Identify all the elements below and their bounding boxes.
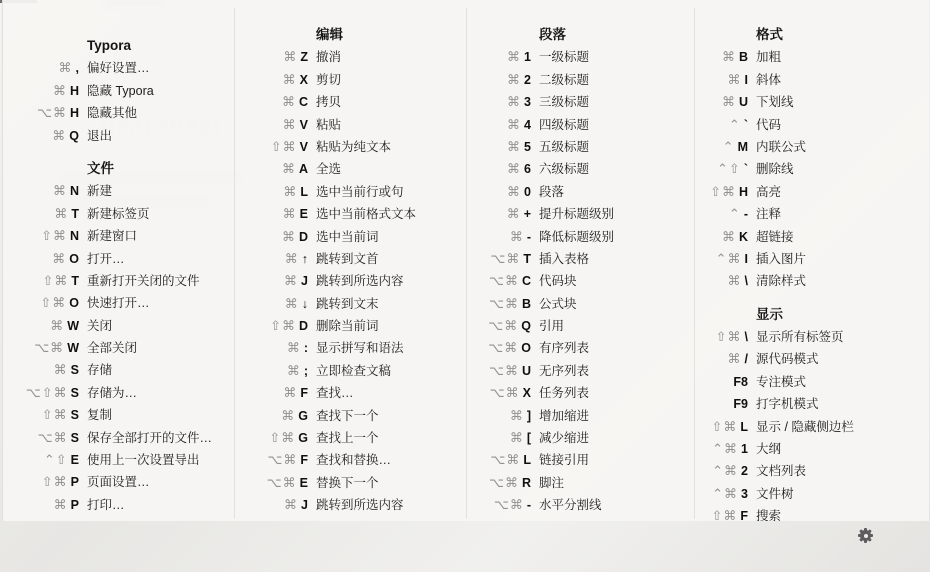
shortcut-label: 一级标题 [539,46,589,68]
shortcut-label: 选中当前格式文本 [316,203,416,225]
shortcut-row: ⌘O打开… [3,248,234,270]
shortcut-label: 六级标题 [539,158,589,180]
shortcut-keys: ⇧⌘H [694,181,748,203]
shortcut-key: X [523,386,531,400]
shortcut-key: E [71,453,79,467]
shortcut-label: 立即检查文稿 [316,360,391,382]
shortcut-key: - [527,230,531,244]
shortcut-row: ⌥⌘X任务列表 [466,382,694,404]
shortcut-row: ⌥⌘T插入表格 [466,248,694,270]
shortcut-section: 段落⌘1一级标题⌘2二级标题⌘3三级标题⌘4四级标题⌘5五级标题⌘6六级标题⌘0… [466,24,694,517]
shortcut-key: ↓ [302,297,308,311]
shortcut-key: T [71,207,79,221]
shortcut-row: ⌘-降低标题级别 [466,226,694,248]
modifier-keys-icon: ⌃⌘ [712,463,738,478]
shortcut-label: 显示拼写和语法 [316,337,404,359]
shortcut-row: ⇧⌘T重新打开关闭的文件 [3,270,234,292]
shortcut-key: I [745,73,748,87]
shortcut-keys: ⇧⌘\ [694,326,748,348]
shortcut-row: ⌘E选中当前格式文本 [234,203,466,225]
shortcut-keys: ⌥⌘X [466,382,531,404]
modifier-keys-icon: ⌘ [283,385,297,400]
modifier-keys-icon: ⌘ [54,206,68,221]
shortcut-label: 显示所有标签页 [756,326,844,348]
modifier-keys-icon: ⌥⌘ [38,430,68,445]
shortcut-keys: ⌘E [234,203,308,225]
shortcut-key: F [300,453,308,467]
shortcut-row: ⌘4四级标题 [466,114,694,136]
modifier-keys-icon: ⇧⌘ [42,273,68,288]
modifier-keys-icon: ⌘ [722,229,736,244]
shortcut-row: ⌥⇧⌘S存储为… [3,382,234,404]
modifier-keys-icon: ⌘ [728,72,742,87]
shortcut-keys: ⌘, [3,57,79,79]
shortcut-label: 查找… [316,382,354,404]
shortcut-row: ⌥⌘-水平分割线 [466,494,694,516]
shortcut-row: ⇧⌘P页面设置… [3,471,234,493]
shortcut-keys: ⌘D [234,226,308,248]
shortcut-label: 加粗 [756,46,781,68]
shortcut-key: A [299,162,308,176]
shortcut-label: 无序列表 [539,360,589,382]
shortcut-row: ⌘U下划线 [694,91,929,113]
shortcut-label: 重新打开关闭的文件 [87,270,200,292]
shortcut-label: 水平分割线 [539,494,602,516]
modifier-keys-icon: ⌘ [722,94,736,109]
shortcut-key: T [523,252,531,266]
shortcut-keys: ⌥⌘H [3,102,79,124]
shortcut-label: 删除当前词 [316,315,379,337]
shortcut-key: D [299,319,308,333]
shortcut-keys: ⌃⌘2 [694,460,748,482]
shortcut-row: ⌥⌘E替换下一个 [234,472,466,494]
shortcut-label: 二级标题 [539,69,589,91]
shortcut-label: 内联公式 [756,136,806,158]
modifier-keys-icon: ⌘ [285,251,299,266]
section-title: Typora [87,35,234,57]
shortcut-row: ⌘H隐藏 Typora [3,80,234,102]
modifier-keys-icon: ⌥⌘ [490,251,520,266]
shortcut-label: 专注模式 [756,371,806,393]
modifier-keys-icon: ⌘ [283,72,297,87]
shortcut-key: O [521,341,531,355]
shortcut-label: 脚注 [539,472,564,494]
shortcut-label: 拷贝 [316,91,341,113]
shortcut-label: 三级标题 [539,91,589,113]
shortcut-key: 2 [524,73,531,87]
shortcut-label: 粘贴为纯文本 [316,136,391,158]
shortcut-cheatsheet-panel: Typora⌘,偏好设置…⌘H隐藏 Typora⌥⌘H隐藏其他⌘Q退出文件⌘N新… [2,0,929,521]
shortcut-label: 插入表格 [539,248,589,270]
shortcut-row: ⌥⌘O有序列表 [466,337,694,359]
shortcut-keys: ⌥⌘T [466,248,531,270]
shortcut-key: I [745,252,748,266]
shortcut-label: 有序列表 [539,337,589,359]
shortcut-keys: ⌘6 [466,158,531,180]
shortcut-keys: ⌘3 [466,91,531,113]
shortcut-column-2: 编辑⌘Z撤消⌘X剪切⌘C拷贝⌘V粘贴⇧⌘V粘贴为纯文本⌘A全选⌘L选中当前行或句… [234,0,466,521]
shortcut-label: 打字机模式 [756,393,819,415]
shortcut-row: ⌃⇧E使用上一次设置导出 [3,449,234,471]
shortcut-keys: ⌘1 [466,46,531,68]
shortcut-keys: ⌃⌘3 [694,483,748,505]
shortcut-key: F9 [733,397,748,411]
shortcut-label: 打开… [87,248,125,270]
shortcut-row: ⌥⌘F查找和替换… [234,449,466,471]
shortcut-section: 显示⇧⌘\显示所有标签页⌘/源代码模式F8专注模式F9打字机模式⇧⌘L显示 / … [694,304,929,521]
modifier-keys-icon: ⌘ [722,49,736,64]
shortcut-row: ⌥⌘Q引用 [466,315,694,337]
shortcut-row: ⌃⇧`删除线 [694,158,929,180]
shortcut-key: P [71,498,79,512]
shortcut-key: L [523,453,531,467]
modifier-keys-icon: ⌥⌘ [494,497,524,512]
shortcut-keys: F8 [694,371,748,393]
modifier-keys-icon: ⌘ [283,49,297,64]
shortcut-label: 新建 [87,180,112,202]
shortcut-column-1: Typora⌘,偏好设置…⌘H隐藏 Typora⌥⌘H隐藏其他⌘Q退出文件⌘N新… [3,0,234,521]
shortcut-keys: ⌘5 [466,136,531,158]
shortcut-row: ⌘T新建标签页 [3,203,234,225]
shortcut-key: Z [300,50,308,64]
shortcut-label: 隐藏 Typora [87,80,154,102]
modifier-keys-icon: ⌃⌘ [712,486,738,501]
shortcut-label: 使用上一次设置导出 [87,449,200,471]
shortcut-key: F8 [733,375,748,389]
shortcut-label: 页面设置… [87,471,150,493]
section-title: 格式 [756,24,929,46]
modifier-keys-icon: ⌘ [282,94,296,109]
modifier-keys-icon: ⇧⌘ [41,228,67,243]
shortcut-keys: ⌥⌘S [3,427,79,449]
shortcut-keys: ⌘L [234,181,308,203]
shortcut-label: 显示 / 隐藏侧边栏 [756,416,854,438]
shortcut-row: ⌥⌘U无序列表 [466,360,694,382]
shortcut-keys: ⇧⌘T [3,270,79,292]
shortcut-keys: ⇧⌘S [3,404,79,426]
modifier-keys-icon: ⌥⌘ [34,340,64,355]
shortcut-row: ⌘Z撤消 [234,46,466,68]
shortcut-row: ⌘↓跳转到文末 [234,293,466,315]
shortcut-row: ⌃⌘1大纲 [694,438,929,460]
shortcut-row: ⌃⌘3文件树 [694,483,929,505]
modifier-keys-icon: ⌘ [284,497,298,512]
shortcut-label: 选中当前词 [316,226,379,248]
modifier-keys-icon: ⌃⇧ [717,161,741,176]
shortcut-label: 下划线 [756,91,794,113]
shortcut-label: 偏好设置… [87,57,150,79]
shortcut-row: ⌘/源代码模式 [694,348,929,370]
shortcut-label: 新建标签页 [87,203,150,225]
shortcut-key: 1 [741,442,748,456]
modifier-keys-icon: ⌥⌘ [488,318,518,333]
modifier-keys-icon: ⌃⌘ [712,441,738,456]
shortcut-row: ⌘V粘贴 [234,114,466,136]
shortcut-row: ⌘+提升标题级别 [466,203,694,225]
shortcut-row: ⌃`代码 [694,114,929,136]
shortcut-label: 跳转到所选内容 [316,270,404,292]
shortcut-keys: ⌥⌘F [234,449,308,471]
shortcut-keys: ⌃` [694,114,748,136]
shortcut-row: ⌘5五级标题 [466,136,694,158]
shortcut-label: 搜索 [756,505,781,521]
shortcut-section: 格式⌘B加粗⌘I斜体⌘U下划线⌃`代码⌃M内联公式⌃⇧`删除线⇧⌘H高亮⌃-注释… [694,24,929,293]
shortcut-key: 1 [524,50,531,64]
shortcut-keys: ⌥⌘B [466,293,531,315]
shortcut-key: M [738,140,748,154]
shortcut-row: ⇧⌘H高亮 [694,181,929,203]
shortcut-keys: F9 [694,393,748,415]
shortcut-column-3: 段落⌘1一级标题⌘2二级标题⌘3三级标题⌘4四级标题⌘5五级标题⌘6六级标题⌘0… [466,0,694,521]
shortcut-key: N [70,184,79,198]
shortcut-key: 5 [524,140,531,154]
modifier-keys-icon: ⌥⌘ [37,105,67,120]
shortcut-key: F [300,386,308,400]
shortcut-row: ⌃⌘I插入图片 [694,248,929,270]
shortcut-key: / [745,352,748,366]
shortcut-label: 选中当前行或句 [316,181,404,203]
modifier-keys-icon: ⌘ [53,183,67,198]
shortcut-keys: ⌥⌘O [466,337,531,359]
modifier-keys-icon: ⌘ [510,229,524,244]
modifier-keys-icon: ⌘ [283,184,297,199]
modifier-keys-icon: ⌥⌘ [489,363,519,378]
shortcut-keys: ⌥⇧⌘S [3,382,79,404]
shortcut-label: 引用 [539,315,564,337]
shortcut-keys: ⌘V [234,114,308,136]
shortcut-label: 跳转到文末 [316,293,379,315]
shortcut-keys: ⇧⌘F [694,505,748,521]
modifier-keys-icon: ⌘ [507,72,521,87]
shortcut-key: : [304,341,308,355]
shortcut-row: ⌘1一级标题 [466,46,694,68]
shortcut-key: H [739,185,748,199]
shortcut-keys: ⌘U [694,91,748,113]
shortcut-key: G [298,431,308,445]
shortcut-key: S [71,408,79,422]
shortcut-keys: ⌘; [234,360,308,382]
shortcut-key: L [740,420,748,434]
shortcut-keys: ⌘[ [466,427,531,449]
shortcut-row: ⇧⌘N新建窗口 [3,225,234,247]
shortcut-keys: ⇧⌘N [3,225,79,247]
shortcut-keys: ⌃- [694,203,748,225]
shortcut-section: 编辑⌘Z撤消⌘X剪切⌘C拷贝⌘V粘贴⇧⌘V粘贴为纯文本⌘A全选⌘L选中当前行或句… [234,24,466,517]
shortcut-keys: ⌘P [3,494,79,516]
shortcut-keys: ⌘\ [694,270,748,292]
shortcut-keys: ⌥⌘L [466,449,531,471]
shortcut-label: 替换下一个 [316,472,379,494]
shortcut-key: + [524,207,531,221]
shortcut-keys: ⌃⇧` [694,158,748,180]
shortcut-row: ⌘3三级标题 [466,91,694,113]
modifier-keys-icon: ⌘ [283,117,297,132]
shortcut-key: J [301,498,308,512]
shortcut-label: 段落 [539,181,564,203]
shortcut-row: ⌥⌘W全部关闭 [3,337,234,359]
shortcut-key: ` [744,118,748,132]
section-title: 文件 [87,158,234,180]
shortcut-keys: ⌘K [694,226,748,248]
modifier-keys-icon: ⌘ [507,184,521,199]
shortcut-row: ⌘I斜体 [694,69,929,91]
section-title: 显示 [756,304,929,326]
modifier-keys-icon: ⌘ [507,117,521,132]
shortcut-key: H [70,84,79,98]
shortcut-row: ⌘6六级标题 [466,158,694,180]
modifier-keys-icon: ⌥⌘ [490,452,520,467]
shortcut-row: ⌘Q退出 [3,125,234,147]
shortcut-label: 清除样式 [756,270,806,292]
shortcut-key: N [70,229,79,243]
shortcut-row: ⌘↑跳转到文首 [234,248,466,270]
shortcut-label: 查找下一个 [316,405,379,427]
shortcut-keys: ⌘O [3,248,79,270]
shortcut-key: D [299,230,308,244]
shortcut-row: ⌘]增加缩进 [466,405,694,427]
shortcut-key: 0 [524,185,531,199]
shortcut-keys: ⇧⌘G [234,427,308,449]
shortcut-label: 粘贴 [316,114,341,136]
modifier-keys-icon: ⌘ [50,318,64,333]
shortcut-row: ⌘J跳转到所选内容 [234,494,466,516]
modifier-keys-icon: ⌘ [282,161,296,176]
shortcut-keys: ⇧⌘D [234,315,308,337]
shortcut-row: ⌥⌘B公式块 [466,293,694,315]
shortcut-label: 跳转到文首 [316,248,379,270]
shortcut-key: O [69,296,79,310]
shortcut-keys: ⌥⌘R [466,472,531,494]
shortcut-label: 四级标题 [539,114,589,136]
shortcut-row: ⇧⌘F搜索 [694,505,929,521]
shortcut-key: B [522,297,531,311]
shortcut-key: ] [527,409,531,423]
settings-gear-icon[interactable] [858,528,873,543]
modifier-keys-icon: ⌘ [507,161,521,176]
shortcut-label: 大纲 [756,438,781,460]
shortcut-keys: ⌃⌘I [694,248,748,270]
shortcut-row: ⌥⌘C代码块 [466,270,694,292]
shortcut-keys: ⇧⌘V [234,136,308,158]
shortcut-row: ⌘0段落 [466,181,694,203]
shortcut-key: ; [304,364,308,378]
modifier-keys-icon: ⌃ [729,117,741,132]
shortcut-row: ⌘G查找下一个 [234,405,466,427]
shortcut-key: 3 [741,487,748,501]
modifier-keys-icon: ⌥⌘ [488,340,518,355]
shortcut-key: U [739,95,748,109]
shortcut-keys: ⌘T [3,203,79,225]
shortcut-row: ⇧⌘V粘贴为纯文本 [234,136,466,158]
shortcut-row: ⌘D选中当前词 [234,226,466,248]
shortcut-key: P [71,475,79,489]
shortcut-keys: ⌘↓ [234,293,308,315]
shortcut-column-4: 格式⌘B加粗⌘I斜体⌘U下划线⌃`代码⌃M内联公式⌃⇧`删除线⇧⌘H高亮⌃-注释… [694,0,929,521]
shortcut-keys: ⌘- [466,226,531,248]
shortcut-keys: ⌘↑ [234,248,308,270]
shortcut-label: 代码 [756,114,781,136]
section-title: 段落 [539,24,694,46]
modifier-keys-icon: ⌘ [507,206,521,221]
shortcut-keys: ⌘2 [466,69,531,91]
shortcut-key: R [522,476,531,490]
shortcut-label: 降低标题级别 [539,226,614,248]
modifier-keys-icon: ⌘ [283,206,297,221]
shortcut-key: F [740,509,748,521]
shortcut-keys: ⇧⌘O [3,292,79,314]
shortcut-row: ⌘J跳转到所选内容 [234,270,466,292]
shortcut-row: ⌘C拷贝 [234,91,466,113]
shortcut-row: ⌥⌘S保存全部打开的文件… [3,427,234,449]
shortcut-keys: ⇧⌘P [3,471,79,493]
shortcut-keys: ⌘I [694,69,748,91]
shortcut-keys: ⌥⌘E [234,472,308,494]
shortcut-label: 全选 [316,158,341,180]
modifier-keys-icon: ⌘ [284,273,298,288]
shortcut-keys: ⌘H [3,80,79,102]
shortcut-key: \ [745,274,748,288]
shortcut-key: S [71,363,79,377]
shortcut-key: C [522,274,531,288]
shortcut-label: 保存全部打开的文件… [87,427,212,449]
modifier-keys-icon: ⇧⌘ [40,295,66,310]
shortcut-label: 文件树 [756,483,794,505]
shortcut-key: ↑ [302,252,308,266]
shortcut-key: J [301,274,308,288]
shortcut-label: 存储为… [87,382,137,404]
shortcut-keys: ⌘G [234,405,308,427]
shortcut-label: 高亮 [756,181,781,203]
modifier-keys-icon: ⇧⌘ [269,430,295,445]
shortcut-section: 文件⌘N新建⌘T新建标签页⇧⌘N新建窗口⌘O打开…⇧⌘T重新打开关闭的文件⇧⌘O… [3,158,234,516]
modifier-keys-icon: ⌘ [728,351,742,366]
shortcut-section: Typora⌘,偏好设置…⌘H隐藏 Typora⌥⌘H隐藏其他⌘Q退出 [3,35,234,147]
shortcut-keys: ⌥⌘W [3,337,79,359]
modifier-keys-icon: ⌘ [510,408,524,423]
modifier-keys-icon: ⌘ [285,296,299,311]
shortcut-label: 删除线 [756,158,794,180]
shortcut-label: 打印… [87,494,125,516]
shortcut-row: ⌃M内联公式 [694,136,929,158]
shortcut-label: 减少缩进 [539,427,589,449]
shortcut-row: ⌘,偏好设置… [3,57,234,79]
shortcut-row: F9打字机模式 [694,393,929,415]
shortcut-key: T [71,274,79,288]
shortcut-key: V [300,140,308,154]
shortcut-key: K [739,230,748,244]
shortcut-label: 查找上一个 [316,427,379,449]
shortcut-row: ⌥⌘R脚注 [466,472,694,494]
modifier-keys-icon: ⇧⌘ [271,139,297,154]
modifier-keys-icon: ⌥⇧⌘ [26,385,68,400]
modifier-keys-icon: ⌘ [281,408,295,423]
shortcut-row: ⇧⌘G查找上一个 [234,427,466,449]
shortcut-row: ⌘[减少缩进 [466,427,694,449]
shortcut-label: 增加缩进 [539,405,589,427]
shortcut-row: ⌘B加粗 [694,46,929,68]
modifier-keys-icon: ⌘ [54,362,68,377]
shortcut-keys: ⌘C [234,91,308,113]
shortcut-label: 超链接 [756,226,794,248]
modifier-keys-icon: ⌘ [507,49,521,64]
shortcut-key: , [76,61,79,75]
shortcut-label: 隐藏其他 [87,102,137,124]
shortcut-key: X [300,73,308,87]
shortcut-row: ⌘2二级标题 [466,69,694,91]
shortcut-label: 插入图片 [756,248,806,270]
shortcut-keys: ⌥⌘Q [466,315,531,337]
modifier-keys-icon: ⌘ [54,497,68,512]
